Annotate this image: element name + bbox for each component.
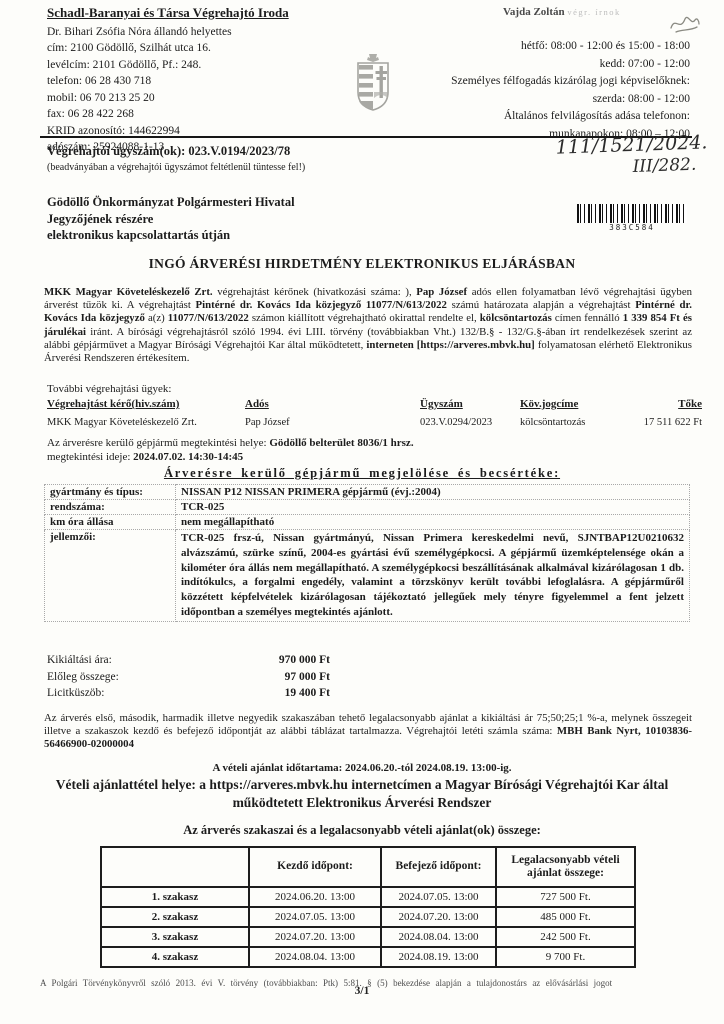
barcode-number: 383C584	[577, 223, 687, 232]
table-row: gyártmány és típus: NISSAN P12 NISSAN PR…	[45, 485, 690, 500]
stage-4-name: 4. szakasz	[101, 947, 249, 967]
addressee-channel: elektronikus kapcsolattartás útján	[47, 227, 295, 244]
vehicle-table: gyártmány és típus: NISSAN P12 NISSAN PR…	[44, 484, 690, 622]
deposit-value: 97 000 Ft	[285, 669, 330, 686]
starting-price-value: 970 000 Ft	[279, 652, 330, 669]
offer-place-line: Vételi ajánlattétel helye: a https://arv…	[47, 776, 677, 811]
stage-1-name: 1. szakasz	[101, 887, 249, 907]
further-cases-label: További végrehajtási ügyek:	[47, 383, 171, 395]
table-row: jellemzői: TCR-025 frsz-ú, Nissan gyártm…	[45, 530, 690, 622]
price-block: Kikiáltási ára: 970 000 Ft Előleg összeg…	[47, 652, 330, 702]
hours-monday: hétfő: 08:00 - 12:00 és 15:00 - 18:00	[451, 38, 690, 56]
col-header-principal: Tőke	[678, 398, 702, 410]
stage-1-start: 2024.06.20. 13:00	[249, 887, 381, 907]
addressee-block: Gödöllő Önkormányzat Polgármesteri Hivat…	[47, 194, 295, 244]
stage-3-start: 2024.07.20. 13:00	[249, 927, 381, 947]
office-hours: hétfő: 08:00 - 12:00 és 15:00 - 18:00 ke…	[451, 38, 690, 143]
case-number: Végrehajtói ügyszám(ok): 023.V.0194/2023…	[47, 144, 290, 159]
stage-3-end: 2024.08.04. 13:00	[381, 927, 496, 947]
table-row: km óra állása nem megállapítható	[45, 515, 690, 530]
col-header-claim-title: Köv.jogcíme	[520, 398, 578, 410]
office-fax: fax: 06 28 422 268	[47, 106, 289, 123]
viewing-place-label: Az árverésre kerülő gépjármű megtekintés…	[47, 437, 269, 449]
stages-table: Kezdő időpont: Befejező időpont: Legalac…	[100, 846, 636, 968]
office-name: Schadl-Baranyai és Társa Végrehajtó Irod…	[47, 5, 289, 22]
stage-4-start: 2024.08.04. 13:00	[249, 947, 381, 967]
col-header-debtor: Adós	[245, 398, 269, 410]
stage-3-name: 3. szakasz	[101, 927, 249, 947]
vehicle-features-value: TCR-025 frsz-ú, Nissan gyártmányú, Nissa…	[176, 530, 690, 622]
clerk-title-faded: végr. írnok	[567, 7, 620, 17]
stage-4-end: 2024.08.19. 13:00	[381, 947, 496, 967]
further-cases-header-row: Végrehajtást kérő(hiv.szám) Adós Ügyszám…	[0, 398, 724, 412]
table-row: 3. szakasz 2024.07.20. 13:00 2024.08.04.…	[101, 927, 635, 947]
vehicle-make-value: NISSAN P12 NISSAN PRIMERA gépjármű (évj.…	[176, 485, 690, 500]
cell-case-number: 023.V.0294/2023	[420, 417, 492, 428]
further-cases-data-row: MKK Magyar Követeléskezelő Zrt. Pap Józs…	[0, 417, 724, 431]
office-address: cím: 2100 Gödöllő, Szilhát utca 16.	[47, 40, 289, 57]
viewing-time-label: megtekintési ideje:	[47, 451, 133, 463]
handwritten-registry-numbers: 111/1521/2024. III/282.	[555, 131, 706, 180]
stage-col-header-min-offer: Legalacsonyabb vételi ajánlat összege:	[496, 847, 635, 887]
clerk-stamp: Vajda Zoltán végr. írnok	[503, 6, 621, 18]
addressee-name: Gödöllő Önkormányzat Polgármesteri Hivat…	[47, 194, 295, 211]
col-header-creditor: Végrehajtást kérő(hiv.szám)	[47, 398, 179, 410]
cell-creditor: MKK Magyar Követeléskezelő Zrt.	[47, 417, 197, 428]
starting-price-row: Kikiáltási ára: 970 000 Ft	[47, 652, 330, 669]
table-row: 1. szakasz 2024.06.20. 13:00 2024.07.05.…	[101, 887, 635, 907]
vehicle-plate-label: rendszáma:	[45, 500, 176, 515]
offer-period-line: A vételi ajánlat időtartama: 2024.06.20.…	[0, 762, 724, 774]
stage-col-header-start: Kezdő időpont:	[249, 847, 381, 887]
stage-3-min-offer: 242 500 Ft.	[496, 927, 635, 947]
stages-table-heading: Az árverés szakaszai és a legalacsonyabb…	[0, 823, 724, 838]
deposit-label: Előleg összege:	[47, 669, 119, 686]
table-row: 4. szakasz 2024.08.04. 13:00 2024.08.19.…	[101, 947, 635, 967]
stage-1-end: 2024.07.05. 13:00	[381, 887, 496, 907]
cell-claim-title: kölcsöntartozás	[520, 417, 585, 428]
cell-debtor: Pap József	[245, 417, 290, 428]
stage-2-end: 2024.07.20. 13:00	[381, 907, 496, 927]
stages-header-row: Kezdő időpont: Befejező időpont: Legalac…	[101, 847, 635, 887]
stage-1-min-offer: 727 500 Ft.	[496, 887, 635, 907]
office-mobile: mobil: 06 70 213 25 20	[47, 90, 289, 107]
starting-price-label: Kikiáltási ára:	[47, 652, 112, 669]
stage-4-min-offer: 9 700 Ft.	[496, 947, 635, 967]
office-phone: telefon: 06 28 430 718	[47, 73, 289, 90]
bid-step-label: Licitküszöb:	[47, 685, 105, 702]
case-note: (beadványában a végrehajtói ügyszámot fe…	[47, 162, 305, 173]
viewing-place-line: Az árverésre kerülő gépjármű megtekintés…	[47, 437, 414, 449]
page-number: 3/1	[0, 985, 724, 997]
document-title: INGÓ ÁRVERÉSI HIRDETMÉNY ELEKTRONIKUS EL…	[0, 256, 724, 272]
stage-col-header-end: Befejező időpont:	[381, 847, 496, 887]
office-deputy: Dr. Bihari Zsófia Nóra állandó helyettes	[47, 24, 289, 41]
bid-step-value: 19 400 Ft	[285, 685, 330, 702]
stage-col-header-empty	[101, 847, 249, 887]
vehicle-make-label: gyártmány és típus:	[45, 485, 176, 500]
viewing-time-line: megtekintési ideje: 2024.07.02. 14:30-14…	[47, 451, 243, 463]
addressee-role: Jegyzőjének részére	[47, 211, 295, 228]
hours-tuesday: kedd: 07:00 - 12:00	[451, 56, 690, 74]
bid-step-row: Licitküszöb: 19 400 Ft	[47, 685, 330, 702]
viewing-place-value: Gödöllő belterület 8036/1 hrsz.	[269, 437, 413, 449]
vehicle-plate-value: TCR-025	[176, 500, 690, 515]
hours-wednesday: szerda: 08:00 - 12:00	[451, 91, 690, 109]
hungary-coat-of-arms-icon	[352, 48, 394, 119]
stage-2-start: 2024.07.05. 13:00	[249, 907, 381, 927]
office-header: Schadl-Baranyai és Társa Végrehajtó Irod…	[47, 5, 289, 156]
document-page: Schadl-Baranyai és Társa Végrehajtó Irod…	[0, 0, 724, 1024]
hours-note-lawyers: Személyes félfogadás kizárólag jogi képv…	[451, 73, 690, 91]
barcode: 383C584	[577, 204, 687, 232]
barcode-bars-icon	[577, 204, 687, 223]
viewing-time-value: 2024.07.02. 14:30-14:45	[133, 451, 243, 463]
vehicle-section-heading: Árverésre kerülő gépjármű megjelölése és…	[0, 466, 724, 481]
office-mail-address: levélcím: 2101 Gödöllő, Pf.: 248.	[47, 57, 289, 74]
table-row: 2. szakasz 2024.07.05. 13:00 2024.07.20.…	[101, 907, 635, 927]
stages-paragraph: Az árverés első, második, harmadik illet…	[44, 712, 692, 752]
vehicle-odometer-label: km óra állása	[45, 515, 176, 530]
col-header-case-number: Ügyszám	[420, 398, 463, 410]
signature-icon	[668, 12, 702, 41]
vehicle-features-label: jellemzői:	[45, 530, 176, 622]
deposit-row: Előleg összege: 97 000 Ft	[47, 669, 330, 686]
hours-note-phone: Általános felvilágosítás adása telefonon…	[451, 108, 690, 126]
stage-2-name: 2. szakasz	[101, 907, 249, 927]
stage-2-min-offer: 485 000 Ft.	[496, 907, 635, 927]
intro-paragraph: MKK Magyar Követeléskezelő Zrt. végrehaj…	[44, 286, 692, 365]
clerk-name: Vajda Zoltán	[503, 6, 565, 18]
cell-principal: 17 511 622 Ft	[644, 417, 702, 428]
table-row: rendszáma: TCR-025	[45, 500, 690, 515]
vehicle-odometer-value: nem megállapítható	[176, 515, 690, 530]
